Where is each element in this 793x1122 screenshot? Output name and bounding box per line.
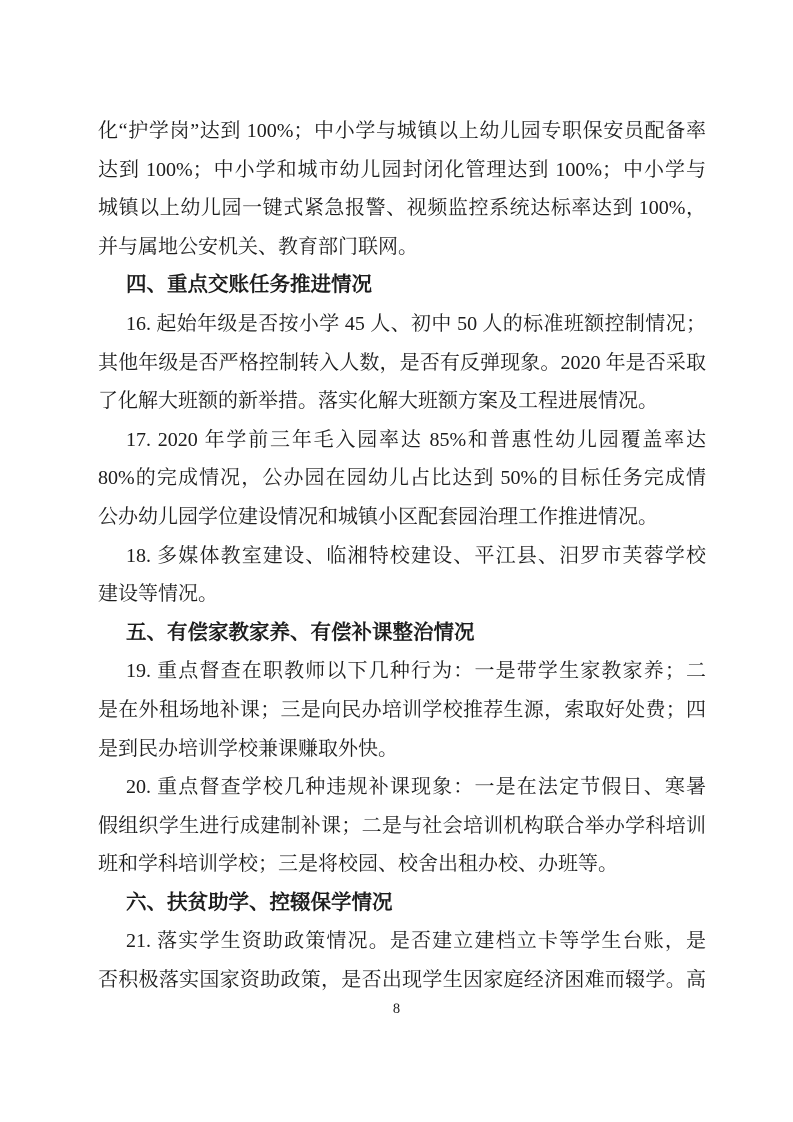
text-line: 21. 落实学生资助政策情况。是否建立建档立卡等学生台账，是 xyxy=(98,922,706,961)
text-line: 假组织学生进行成建制补课；二是与社会培训机构联合举办学科培训 xyxy=(98,807,706,846)
text-line: 城镇以上幼儿园一键式紧急报警、视频监控系统达标率达到 100%， xyxy=(98,189,706,228)
section-heading: 五、有偿家教家养、有偿补课整治情况 xyxy=(98,614,706,653)
text-line: 班和学科培训学校；三是将校园、校舍出租办校、办班等。 xyxy=(98,845,706,884)
section-heading: 六、扶贫助学、控辍保学情况 xyxy=(98,884,706,923)
text-line: 其他年级是否严格控制转入人数，是否有反弹现象。2020 年是否采取 xyxy=(98,344,706,383)
text-line: 17. 2020 年学前三年毛入园率达 85%和普惠性幼儿园覆盖率达 xyxy=(98,421,706,460)
text-line: 18. 多媒体教室建设、临湘特校建设、平江县、汨罗市芙蓉学校 xyxy=(98,537,706,576)
section-heading: 四、重点交账任务推进情况 xyxy=(98,266,706,305)
page-body: 化“护学岗”达到 100%；中小学与城镇以上幼儿园专职保安员配备率 达到 100… xyxy=(98,112,706,1000)
page-number: 8 xyxy=(0,999,793,1019)
text-line: 公办幼儿园学位建设情况和城镇小区配套园治理工作推进情况。 xyxy=(98,498,706,537)
text-line: 20. 重点督查学校几种违规补课现象：一是在法定节假日、寒暑 xyxy=(98,768,706,807)
text-line: 19. 重点督查在职教师以下几种行为：一是带学生家教家养；二 xyxy=(98,652,706,691)
text-line: 是到民办培训学校兼课赚取外快。 xyxy=(98,730,706,769)
text-line: 建设等情况。 xyxy=(98,575,706,614)
text-line: 化“护学岗”达到 100%；中小学与城镇以上幼儿园专职保安员配备率 xyxy=(98,112,706,151)
text-line: 80%的完成情况，公办园在园幼儿占比达到 50%的目标任务完成情况。 xyxy=(98,459,706,498)
text-line: 了化解大班额的新举措。落实化解大班额方案及工程进展情况。 xyxy=(98,382,706,421)
text-line: 并与属地公安机关、教育部门联网。 xyxy=(98,228,706,267)
text-line: 达到 100%；中小学和城市幼儿园封闭化管理达到 100%；中小学与 xyxy=(98,151,706,190)
document-page: 化“护学岗”达到 100%；中小学与城镇以上幼儿园专职保安员配备率 达到 100… xyxy=(0,0,793,1122)
text-line: 否积极落实国家资助政策，是否出现学生因家庭经济困难而辍学。高 xyxy=(98,961,706,1000)
text-line: 是在外租场地补课；三是向民办培训学校推荐生源，索取好处费；四 xyxy=(98,691,706,730)
text-line: 16. 起始年级是否按小学 45 人、初中 50 人的标准班额控制情况； xyxy=(98,305,706,344)
